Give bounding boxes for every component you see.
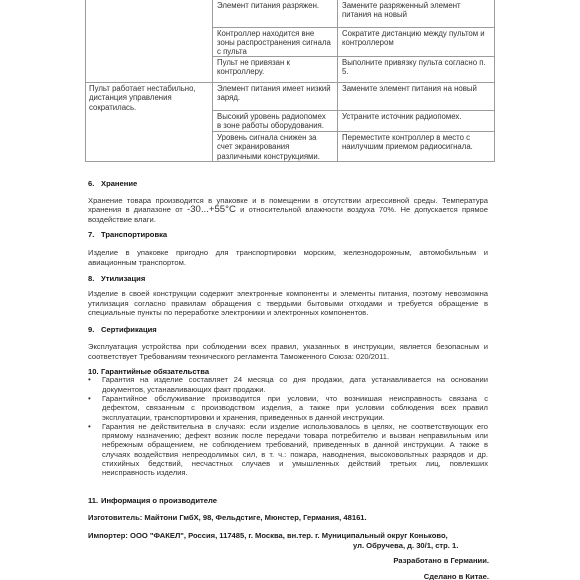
cause-cell: Элемент питания разряжен.: [213, 0, 338, 27]
paragraph-line: неисправность изделия.: [102, 468, 488, 477]
made-in-label: Сделано в Китае.: [424, 572, 489, 580]
designed-in-label: Разработано в Германии.: [393, 556, 489, 565]
paragraph-line: Гарантия не действительна в случаях: есл…: [102, 422, 488, 431]
cause-cell: Уровень сигнала снижен за счет экраниров…: [213, 132, 338, 162]
cause-cell: Контроллер находится вне зоны распростра…: [213, 27, 338, 57]
section-title: Утилизация: [101, 274, 145, 283]
section-title: Сертификация: [101, 325, 157, 334]
remedy-cell: Выполните привязку пульта согласно п. 5.: [338, 57, 495, 83]
section-number: 6.: [88, 179, 101, 188]
paragraph-line: небрежным обращением, не соблюдением тре…: [102, 440, 488, 449]
paragraph-line: прямому назначению; дефект возник после …: [102, 431, 488, 440]
paragraph-line: хранения в диапазоне от -30...+55°С и от…: [88, 205, 488, 215]
remedy-cell: Замените элемент питания на новый: [338, 83, 495, 111]
section-heading-storage: 6.Хранение: [88, 179, 137, 188]
section-number: 9.: [88, 325, 101, 334]
storage-paragraph: Хранение товара производится в упаковке …: [88, 196, 488, 225]
section-number: 7.: [88, 230, 101, 239]
cause-cell: Высокий уровень радиопомех в зоне работы…: [213, 111, 338, 132]
importer-line: Импортер: ООО "ФАКЕЛ", Россия, 117485, г…: [88, 531, 448, 540]
section-title: Транспортировка: [101, 230, 167, 239]
section-title: Информация о производителе: [101, 496, 217, 505]
transport-paragraph: Изделие в упаковке пригодно для транспор…: [88, 248, 488, 267]
paragraph-line: документов, устанавливающих факт продажи…: [102, 385, 488, 394]
problem-cell: [86, 0, 213, 83]
list-item: • Гарантия не действительна в случаях: е…: [88, 422, 488, 478]
paragraph-line: стихийных бедствий, несчастных случаев и…: [102, 459, 488, 468]
paragraph-line: соответствует Требованиям технического р…: [88, 352, 488, 362]
paragraph-line: Гарантийное обслуживание производится пр…: [102, 394, 488, 403]
manufacturer-line: Изготовитель: Майтони ГмбХ, 98, Фельдсти…: [88, 513, 367, 522]
bullet-icon: •: [88, 422, 94, 431]
paragraph-line: специальные пункты по переработке электр…: [88, 308, 488, 318]
paragraph-line: случаях воздействия непреодолимых сил, в…: [102, 450, 488, 459]
text-fragment: хранения в диапазоне от: [88, 205, 187, 214]
section-title: Хранение: [101, 179, 137, 188]
troubleshooting-table: Элемент питания разряжен. Замените разря…: [85, 0, 495, 162]
section-number: 11.: [88, 496, 101, 505]
table-row: Пульт работает нестабильно, дистанция уп…: [86, 83, 495, 111]
paragraph-line: Гарантия на изделие составляет 24 месяца…: [102, 375, 488, 384]
remedy-cell: Сократите дистанцию между пультом и конт…: [338, 27, 495, 57]
bullet-icon: •: [88, 375, 94, 384]
text-fragment: и относительной влажности воздуха 70%. Н…: [236, 205, 488, 214]
section-heading-disposal: 8.Утилизация: [88, 274, 145, 283]
paragraph-line: утилизация согласно правилам обращения с…: [88, 299, 488, 309]
table-row: Элемент питания разряжен. Замените разря…: [86, 0, 495, 27]
problem-cell: Пульт работает нестабильно, дистанция уп…: [86, 83, 213, 162]
section-heading-certification: 9.Сертификация: [88, 325, 157, 334]
cause-cell: Элемент питания имеет низкий заряд.: [213, 83, 338, 111]
disposal-paragraph: Изделие в своей конструкции содержит эле…: [88, 289, 488, 318]
list-item: • Гарантия на изделие составляет 24 меся…: [88, 375, 488, 394]
paragraph-line: авиационным транспортом.: [88, 258, 488, 268]
document-page: Элемент питания разряжен. Замените разря…: [0, 0, 580, 580]
paragraph-line: Изделие в своей конструкции содержит эле…: [88, 289, 488, 299]
paragraph-line: эксплуатации, транспортировки и хранения…: [102, 413, 488, 422]
paragraph-line: воздействие влаги.: [88, 215, 488, 225]
warranty-list: • Гарантия на изделие составляет 24 меся…: [88, 375, 488, 477]
bullet-icon: •: [88, 394, 94, 403]
certification-paragraph: Эксплуатация устройства при соблюдении в…: [88, 342, 488, 361]
section-heading-transport: 7.Транспортировка: [88, 230, 167, 239]
paragraph-line: Хранение товара производится в упаковке …: [88, 196, 488, 206]
temperature-range: -30...+55°С: [187, 204, 236, 215]
section-number: 8.: [88, 274, 101, 283]
remedy-cell: Замените разряженный элемент питания на …: [338, 0, 495, 27]
paragraph-line: дефектом, связанным с производством изде…: [102, 403, 488, 412]
importer-address-line: ул. Обручева, д. 30/1, стр. 1.: [353, 541, 458, 550]
remedy-cell: Устраните источник радиопомех.: [338, 111, 495, 132]
paragraph-line: Изделие в упаковке пригодно для транспор…: [88, 248, 488, 258]
list-item: • Гарантийное обслуживание производится …: [88, 394, 488, 422]
paragraph-line: Эксплуатация устройства при соблюдении в…: [88, 342, 488, 352]
cause-cell: Пульт не привязан к контроллеру.: [213, 57, 338, 83]
section-heading-manufacturer-info: 11.Информация о производителе: [88, 496, 217, 505]
remedy-cell: Переместите контроллер в место с наилучш…: [338, 132, 495, 162]
